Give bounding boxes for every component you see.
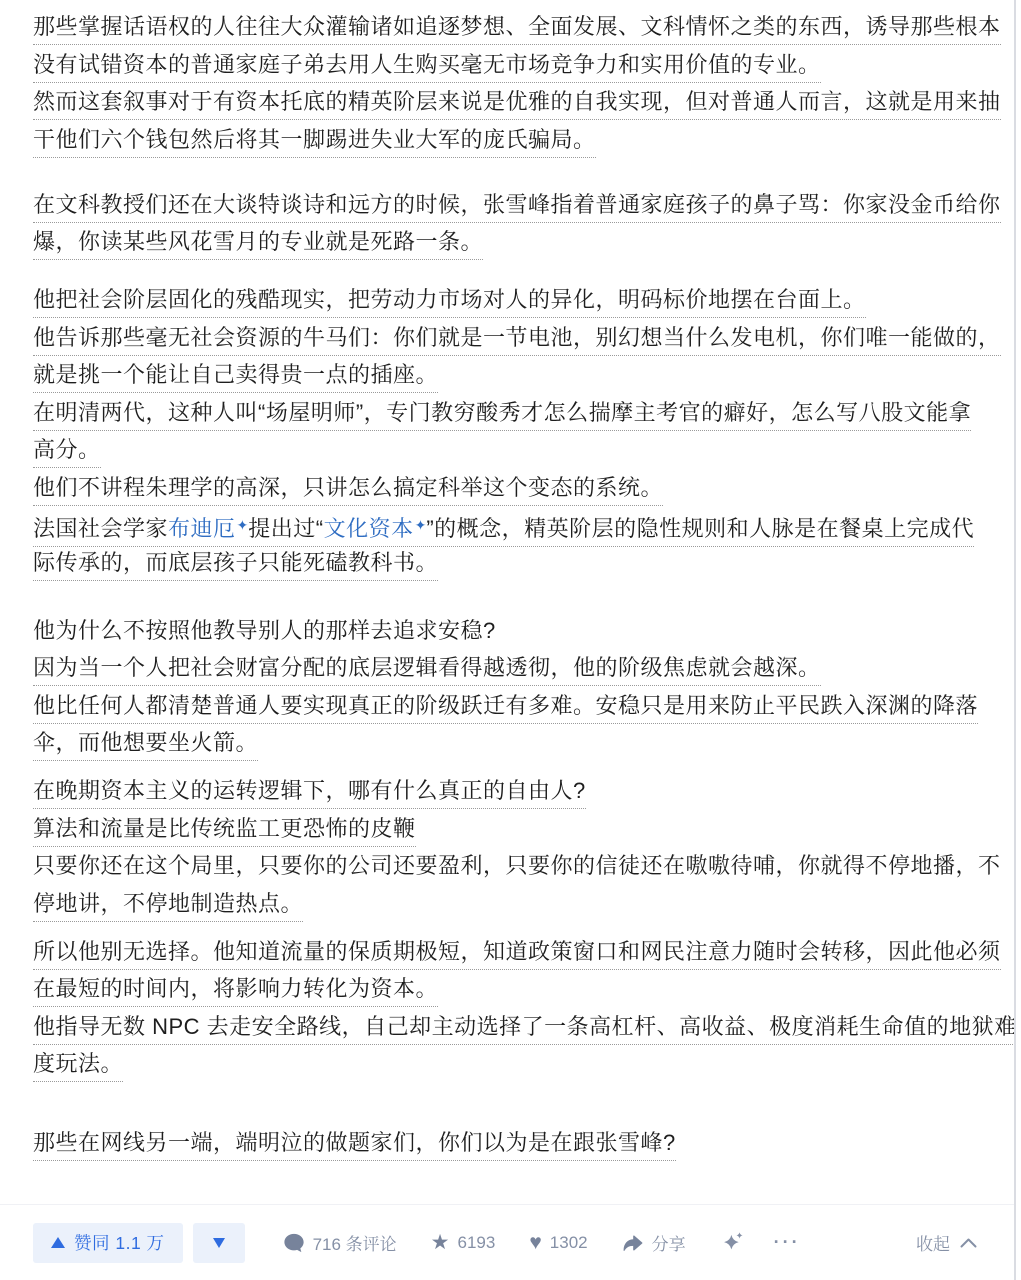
share-arrow-icon <box>622 1232 644 1254</box>
comment-bubble-icon <box>283 1232 305 1254</box>
star-icon: ★ <box>431 1232 450 1253</box>
text-line: 就是挑一个能让自己卖得贵一点的插座。 <box>33 361 1005 389</box>
text-line-clipped: 那些在网线另一端，端明泣的做题家们，你们以为是在跟张雪峰? <box>33 1129 1005 1157</box>
text-line: 高分。 <box>33 436 1005 464</box>
paragraph: 他把社会阶层固化的残酷现实，把劳动力市场对人的异化，明码标价地摆在台面上。 他告… <box>33 286 1005 577</box>
text-segment: 提出过“ <box>248 516 323 541</box>
sparkle-icon <box>720 1230 746 1256</box>
paragraph: 那些掌握话语权的人往往大众灌输诸如追逐梦想、全面发展、文科情怀之类的东西，诱导那… <box>33 13 1005 154</box>
text-line: 没有试错资本的普通家庭子弟去用人生购买毫无市场竞争力和实用价值的专业。 <box>33 51 1005 79</box>
answer-page: 那些掌握话语权的人往往大众灌输诸如追逐梦想、全面发展、文科情怀之类的东西，诱导那… <box>0 0 1021 1280</box>
text-line: 他告诉那些毫无社会资源的牛马们：你们就是一节电池，别幻想当什么发电机，你们唯一能… <box>33 324 1005 352</box>
chevron-up-icon <box>960 1238 977 1248</box>
entity-star-icon: ✦ <box>415 517 427 533</box>
share-button[interactable]: 分享 <box>622 1230 686 1255</box>
text-line: 在文科教授们还在大谈特谈诗和远方的时候，张雪峰指着普通家庭孩子的鼻子骂：你家没金… <box>33 191 1005 219</box>
downvote-button[interactable] <box>193 1223 245 1263</box>
action-toolbar: 赞同 1.1 万 716 条评论 ★ 6193 ♥ 1302 分享 <box>0 1204 1021 1280</box>
text-line: 他们不讲程朱理学的高深，只讲怎么搞定科举这个变态的系统。 <box>33 474 1005 502</box>
text-line: 伞，而他想要坐火箭。 <box>33 729 1005 757</box>
entity-link-bourdieu[interactable]: 布迪厄✦ <box>168 516 248 541</box>
paragraph: 所以他别无选择。他知道流量的保质期极短，知道政策窗口和网民注意力随时会转移，因此… <box>33 938 1005 1079</box>
upvote-triangle-icon <box>51 1237 65 1248</box>
text-line: 因为当一个人把社会财富分配的底层逻辑看得越透彻，他的阶级焦虑就会越深。 <box>33 654 1005 682</box>
more-dots: ··· <box>774 1232 801 1253</box>
paragraph: 他为什么不按照他教导别人的那样去追求安稳? 因为当一个人把社会财富分配的底层逻辑… <box>33 617 1005 758</box>
text-line: 停地讲，不停地制造热点。 <box>33 890 1005 918</box>
text-line: 那些掌握话语权的人往往大众灌输诸如追逐梦想、全面发展、文科情怀之类的东西，诱导那… <box>33 13 1005 41</box>
heart-icon: ♥ <box>529 1232 541 1253</box>
text-segment: 法国社会学家 <box>33 516 168 541</box>
favorite-button[interactable]: ★ 6193 <box>431 1232 496 1253</box>
text-line: 在晚期资本主义的运转逻辑下，哪有什么真正的自由人? <box>33 777 1005 805</box>
text-line: 在最短的时间内，将影响力转化为资本。 <box>33 975 1005 1003</box>
text-line: 法国社会学家布迪厄✦提出过“文化资本✦”的概念，精英阶层的隐性规则和人脉是在餐桌… <box>33 511 1005 539</box>
like-button[interactable]: ♥ 1302 <box>529 1232 587 1253</box>
text-line: 在明清两代，这种人叫“场屋明师”，专门教穷酸秀才怎么揣摩主考官的癖好，怎么写八股… <box>33 399 1005 427</box>
text-line: 只要你还在这个局里，只要你的公司还要盈利，只要你的信徒还在嗷嗷待哺，你就得不停地… <box>33 852 1005 880</box>
collapse-label: 收起 <box>916 1230 950 1255</box>
like-count: 1302 <box>550 1233 588 1253</box>
text-line: 干他们六个钱包然后将其一脚踢进失业大军的庞氏骗局。 <box>33 126 1005 154</box>
text-segment: ”的概念，精英阶层的隐性规则和人脉是在餐桌上完成代 <box>426 516 974 541</box>
more-button[interactable]: ··· <box>774 1232 801 1253</box>
text-line: 然而这套叙事对于有资本托底的精英阶层来说是优雅的自我实现，但对普通人而言，这就是… <box>33 88 1005 116</box>
favorite-count: 6193 <box>457 1233 495 1253</box>
text-line: 他为什么不按照他教导别人的那样去追求安稳? <box>33 617 1005 645</box>
text-line: 他把社会阶层固化的残酷现实，把劳动力市场对人的异化，明码标价地摆在台面上。 <box>33 286 1005 314</box>
text-line: 际传承的，而底层孩子只能死磕教科书。 <box>33 549 1005 577</box>
text-line: 所以他别无选择。他知道流量的保质期极短，知道政策窗口和网民注意力随时会转移，因此… <box>33 938 1005 966</box>
paragraph: 那些在网线另一端，端明泣的做题家们，你们以为是在跟张雪峰? <box>33 1129 1005 1157</box>
text-line: 度玩法。 <box>33 1050 1005 1078</box>
entity-star-icon: ✦ <box>237 517 249 533</box>
text-line: 爆，你读某些风花雪月的专业就是死路一条。 <box>33 228 1005 256</box>
sparkle-button[interactable] <box>720 1230 746 1256</box>
comments-label: 716 条评论 <box>313 1230 397 1255</box>
text-line: 算法和流量是比传统监工更恐怖的皮鞭 <box>33 815 1005 843</box>
share-label: 分享 <box>652 1230 686 1255</box>
downvote-triangle-icon <box>213 1238 225 1248</box>
upvote-button[interactable]: 赞同 1.1 万 <box>33 1223 183 1263</box>
text-line: 他指导无数 NPC 去走安全路线，自己却主动选择了一条高杠杆、高收益、极度消耗生… <box>33 1013 1005 1041</box>
entity-link-cultural-capital[interactable]: 文化资本✦ <box>324 516 427 541</box>
comments-button[interactable]: 716 条评论 <box>283 1230 397 1255</box>
scrollbar-track[interactable] <box>1014 0 1021 1280</box>
paragraph: 在晚期资本主义的运转逻辑下，哪有什么真正的自由人? 算法和流量是比传统监工更恐怖… <box>33 777 1005 918</box>
paragraph: 在文科教授们还在大谈特谈诗和远方的时候，张雪峰指着普通家庭孩子的鼻子骂：你家没金… <box>33 191 1005 257</box>
collapse-button[interactable]: 收起 <box>916 1230 977 1255</box>
upvote-label: 赞同 1.1 万 <box>74 1230 165 1255</box>
answer-content: 那些掌握话语权的人往往大众灌输诸如追逐梦想、全面发展、文科情怀之类的东西，诱导那… <box>0 0 1021 1157</box>
text-line: 他比任何人都清楚普通人要实现真正的阶级跃迁有多难。安稳只是用来防止平民跌入深渊的… <box>33 692 1005 720</box>
